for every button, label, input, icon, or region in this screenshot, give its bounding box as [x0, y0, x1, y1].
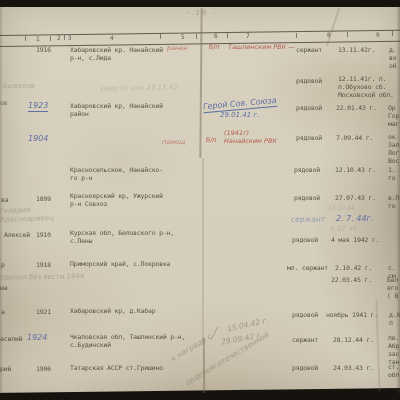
loss-date: 22.01.43 г.	[336, 104, 377, 112]
draft-rvk-note: (1941г) Нанайским РВК	[224, 130, 277, 145]
column-tick	[392, 31, 393, 36]
birth-year: 1899	[36, 195, 51, 203]
birthplace: Красноярский кр, Ужурский р-н Совхоз	[70, 192, 163, 208]
pencil-margin-note: пропал без вести 1944	[0, 272, 84, 282]
loss-date: 28.12.44 г.	[333, 336, 374, 344]
rank: рядовой	[296, 134, 322, 142]
column-number-5: 5	[181, 35, 185, 41]
page-edge-shadow	[0, 7, 3, 393]
birthplace: Татарская АССР ст.Гришино	[70, 364, 163, 372]
fold-crease	[326, 8, 340, 47]
loss-date: 13.11.42г.	[338, 46, 375, 54]
soldier-name-fragment: Алексей	[4, 231, 30, 239]
column-number-3: 3	[68, 36, 72, 42]
party-status-note: б/п	[209, 44, 219, 52]
column-number-6: 6	[214, 34, 218, 40]
column-tick	[64, 35, 65, 40]
column-number-9: 9	[376, 33, 380, 39]
loss-date: 24.03.43 г.	[333, 364, 374, 372]
pencil-margin-note: Гвардии Красноармеец	[0, 205, 54, 224]
scan-border-top	[0, 0, 400, 7]
birthplace: Красносельское, Нанайско- го р-н	[70, 166, 163, 182]
scanned-document-page: - 16 - 1 2 3 4 5 6 7 8 9 1916 Хабаровски…	[0, 0, 400, 400]
pencil-name-note: Бывалов	[3, 82, 35, 91]
column-number-7: 7	[246, 34, 250, 40]
birth-year-handwriting: 1924	[27, 333, 47, 342]
birthplace: Курская обл, Беловского р-н, с.Пены	[70, 229, 174, 245]
fold-crease	[202, 158, 204, 338]
loss-date: 12.11.41г. п. п.Обухово сб. Московской о…	[338, 75, 400, 99]
pencil-date-note: 6. 57. 45	[330, 226, 357, 235]
column-number-2: 2	[57, 36, 61, 42]
rank: рядовой	[296, 77, 322, 85]
loss-date: 7.09.44 г.	[336, 134, 373, 142]
draft-rvk-note: Ташлинским РВК —	[228, 44, 295, 52]
rank-handwriting: сержант	[291, 215, 325, 224]
rank: рядовой	[296, 104, 322, 112]
wound-note-handwriting: ранен	[167, 45, 188, 53]
birth-year-handwriting: 1923	[28, 101, 48, 112]
rank: рядовой	[292, 364, 318, 372]
pencil-date-note: 12.07.44	[328, 205, 355, 214]
birthplace: Хабаровский кр, д.Кабар	[70, 307, 155, 315]
assist-note-handwriting: помощ	[162, 139, 185, 147]
birthplace: Хабаровский кр. Нанайский р-н, с.Лида	[70, 46, 163, 62]
rank: рядовой	[294, 166, 320, 174]
column-tick	[296, 33, 297, 38]
rank: сержант	[296, 46, 322, 54]
award-annotation: к награде с орденом отечественной	[160, 263, 327, 400]
birth-year: 1918	[36, 261, 51, 269]
party-status-note: б/п	[206, 137, 216, 145]
loss-date: 12.10.43 г.	[335, 166, 376, 174]
fold-crease	[199, 8, 202, 158]
loss-date: 4 мая 1942 г.	[331, 236, 379, 244]
loss-date-handwriting: 2. 7. 44г.	[336, 214, 373, 223]
column-tick	[196, 34, 197, 39]
hero-date-handwriting: 29.01.41 г.	[220, 111, 259, 120]
loss-date: ноябрь 1941 г.	[326, 311, 378, 319]
column-number-4: 4	[110, 36, 114, 42]
birth-year: 1916	[36, 46, 51, 54]
birth-year-handwriting: 1904	[28, 134, 48, 143]
column-tick	[227, 33, 228, 38]
loss-date: 22.03.45 г.	[331, 276, 372, 284]
pencil-death-note: умер от ран 23.11.42	[100, 83, 178, 93]
page-edge-shadow	[396, 7, 400, 393]
birthplace: Приморский край, с.Покровка	[70, 260, 170, 268]
rank: рядовой	[292, 236, 318, 244]
birth-year: 1921	[36, 308, 51, 316]
rank: рядовой	[294, 194, 320, 202]
loss-date: 2.10.42 г.	[335, 264, 372, 272]
birthplace: Хабаровский кр, Нанайский район	[70, 102, 163, 118]
column-number-1: 1	[36, 37, 40, 43]
clipped-column-text: 1. го	[388, 166, 395, 182]
birth-year: 1906	[36, 365, 51, 373]
column-tick	[50, 36, 51, 41]
column-tick	[160, 34, 161, 39]
birth-year: 1910	[36, 231, 51, 239]
loss-date: 27.07.43 г.	[335, 194, 376, 202]
column-tick	[25, 36, 26, 41]
soldier-name-fragment: асилий	[0, 335, 22, 343]
column-tick	[347, 32, 348, 37]
